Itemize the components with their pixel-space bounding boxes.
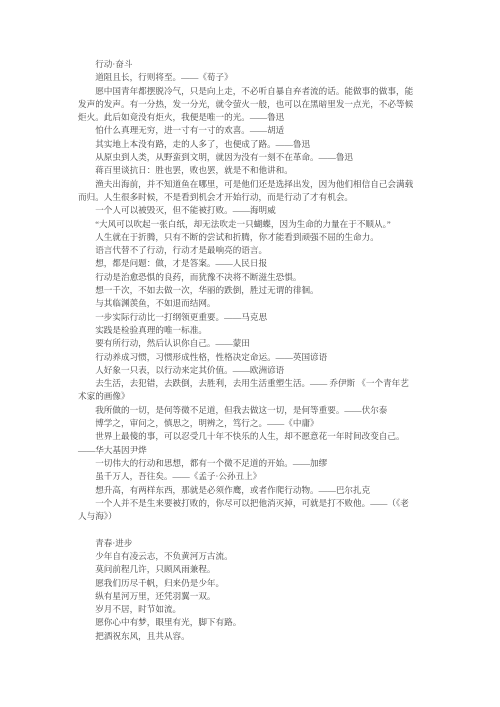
- quote-line: 与其临渊羡鱼，不如退而结网。: [78, 297, 415, 310]
- quote-line: 纵有星河万里，还凭羽翼一双。: [78, 590, 415, 603]
- quote-line: 语言代替不了行动，行动才是最响亮的语言。: [78, 244, 415, 257]
- quote-line: 博学之，审问之，慎思之，明辨之，笃行之。——《中庸》: [78, 417, 415, 430]
- quote-line: 世界上最傻的事，可以忍受几十年不快乐的人生，却不愿意花一年时间改变自己。——华大…: [78, 430, 415, 457]
- document-page: 行动·奋斗 道阻且长，行则将至。——《荀子》 愿中国青年都摆脱冷气，只是向上走，…: [0, 0, 500, 707]
- quote-line: 一个人可以被毁灭，但不能被打败。——海明威: [78, 204, 415, 217]
- section-1-title: 行动·奋斗: [78, 58, 415, 71]
- quote-line: 从原虫到人类，从野蛮到文明，就因为没有一刻不在革命。——鲁迅: [78, 151, 415, 164]
- quote-line: 愿中国青年都摆脱冷气，只是向上走，不必听自暴自弃者流的话。能做事的做事，能发声的…: [78, 85, 415, 125]
- quote-line: 莫问前程几许，只顾风雨兼程。: [78, 563, 415, 576]
- quote-line: 少年自有凌云志，不负黄河万古流。: [78, 550, 415, 563]
- quote-line: 人生就在于折腾，只有不断的尝试和折腾，你才能看到顽强不屈的生命力。: [78, 231, 415, 244]
- quote-line: 实践是检验真理的唯一标准。: [78, 324, 415, 337]
- quote-line: 行动养成习惯，习惯形成性格，性格决定命运。——英国谚语: [78, 351, 415, 364]
- quote-line: 虽千万人，吾往矣。——《孟子·公孙丑上》: [78, 470, 415, 483]
- quote-line: 一个人并不是生来要被打败的，你尽可以把他消灭掉，可就是打不败他。——（《老人与海…: [78, 497, 415, 524]
- quote-line: 一切伟大的行动和思想，都有一个微不足道的开始。——加缪: [78, 457, 415, 470]
- quote-line: 渔夫出海前，并不知道鱼在哪里，可是他们还是选择出发，因为他们相信自己会满载而归。…: [78, 178, 415, 205]
- quote-line: 愿我们历尽千帆，归来仍是少年。: [78, 577, 415, 590]
- quote-line: 想升高，有两样东西，那就是必须作鹰，或者作爬行动物。——巴尔扎克: [78, 484, 415, 497]
- quote-line: 其实地上本没有路，走的人多了，也便成了路。——鲁迅: [78, 138, 415, 151]
- quote-line: 人好象一只表，以行动来定其价值。——欧洲谚语: [78, 364, 415, 377]
- quote-line: 去生活，去犯错，去跌倒，去胜利，去用生活重塑生活。—— 乔伊斯 《一个青年艺术家…: [78, 377, 415, 404]
- quote-line: 岁月不居，时节如流。: [78, 603, 415, 616]
- document-text-block: 行动·奋斗 道阻且长，行则将至。——《荀子》 愿中国青年都摆脱冷气，只是向上走，…: [78, 58, 415, 643]
- quote-line: 行动是治愈恐惧的良药，而犹豫不决将不断滋生恐惧。: [78, 271, 415, 284]
- quote-line: “大风可以吹起一张白纸，却无法吹走一只蝴蝶，因为生命的力量在于不顺从。”: [78, 218, 415, 231]
- quote-line: 想，都是问题：做，才是答案。——人民日报: [78, 257, 415, 270]
- quote-line: 要有所行动，然后认识你自己。——蒙田: [78, 337, 415, 350]
- quote-line: 愿你心中有梦，眼里有光，脚下有路。: [78, 616, 415, 629]
- quote-line: 怕什么真理无穷，进一寸有一寸的欢喜。——胡适: [78, 124, 415, 137]
- quote-line: 想一千次，不如去做一次，华丽的跌倒，胜过无谓的徘徊。: [78, 284, 415, 297]
- quote-line: 我所做的一切，是何等微不足道，但我去做这一切，是何等重要。——伏尔泰: [78, 404, 415, 417]
- quote-line: 蒋百里谈抗日：胜也罢，败也罢，就是不和他讲和。: [78, 164, 415, 177]
- quote-line: 道阻且长，行则将至。——《荀子》: [78, 71, 415, 84]
- section-2-title: 青春·进步: [78, 537, 415, 550]
- quote-line: 把酒祝东风，且共从容。: [78, 630, 415, 643]
- quote-line: 一步实际行动比一打纲领更重要。——马克思: [78, 311, 415, 324]
